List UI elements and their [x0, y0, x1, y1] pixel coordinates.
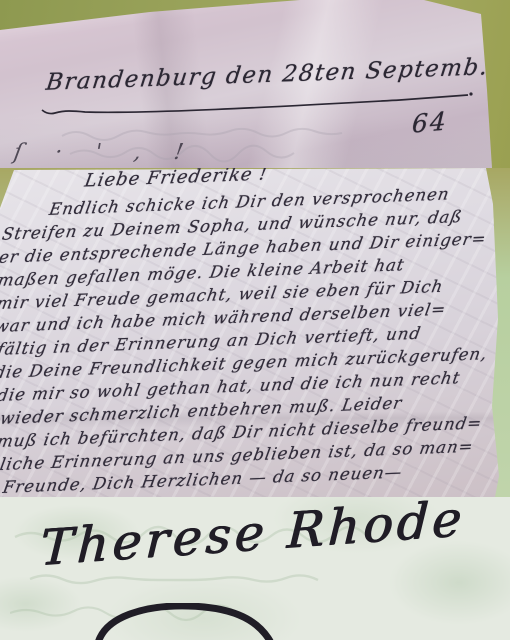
letter-body-photo-section: Liebe Friederike ! Endlich schicke ich D…: [0, 168, 510, 497]
letter-photo-collage: Brandenburg den 28ten Septemb. 64 ſ · ' …: [0, 0, 510, 640]
signature-photo-section: Therese Rhode: [0, 497, 510, 640]
cut-line-fragments: ſ · ' , !: [12, 140, 198, 165]
dateline-photo-section: Brandenburg den 28ten Septemb. 64 ſ · ' …: [0, 0, 510, 168]
year-text: 64: [411, 106, 448, 138]
letter-body: Liebe Friederike ! Endlich schicke ich D…: [0, 168, 510, 497]
